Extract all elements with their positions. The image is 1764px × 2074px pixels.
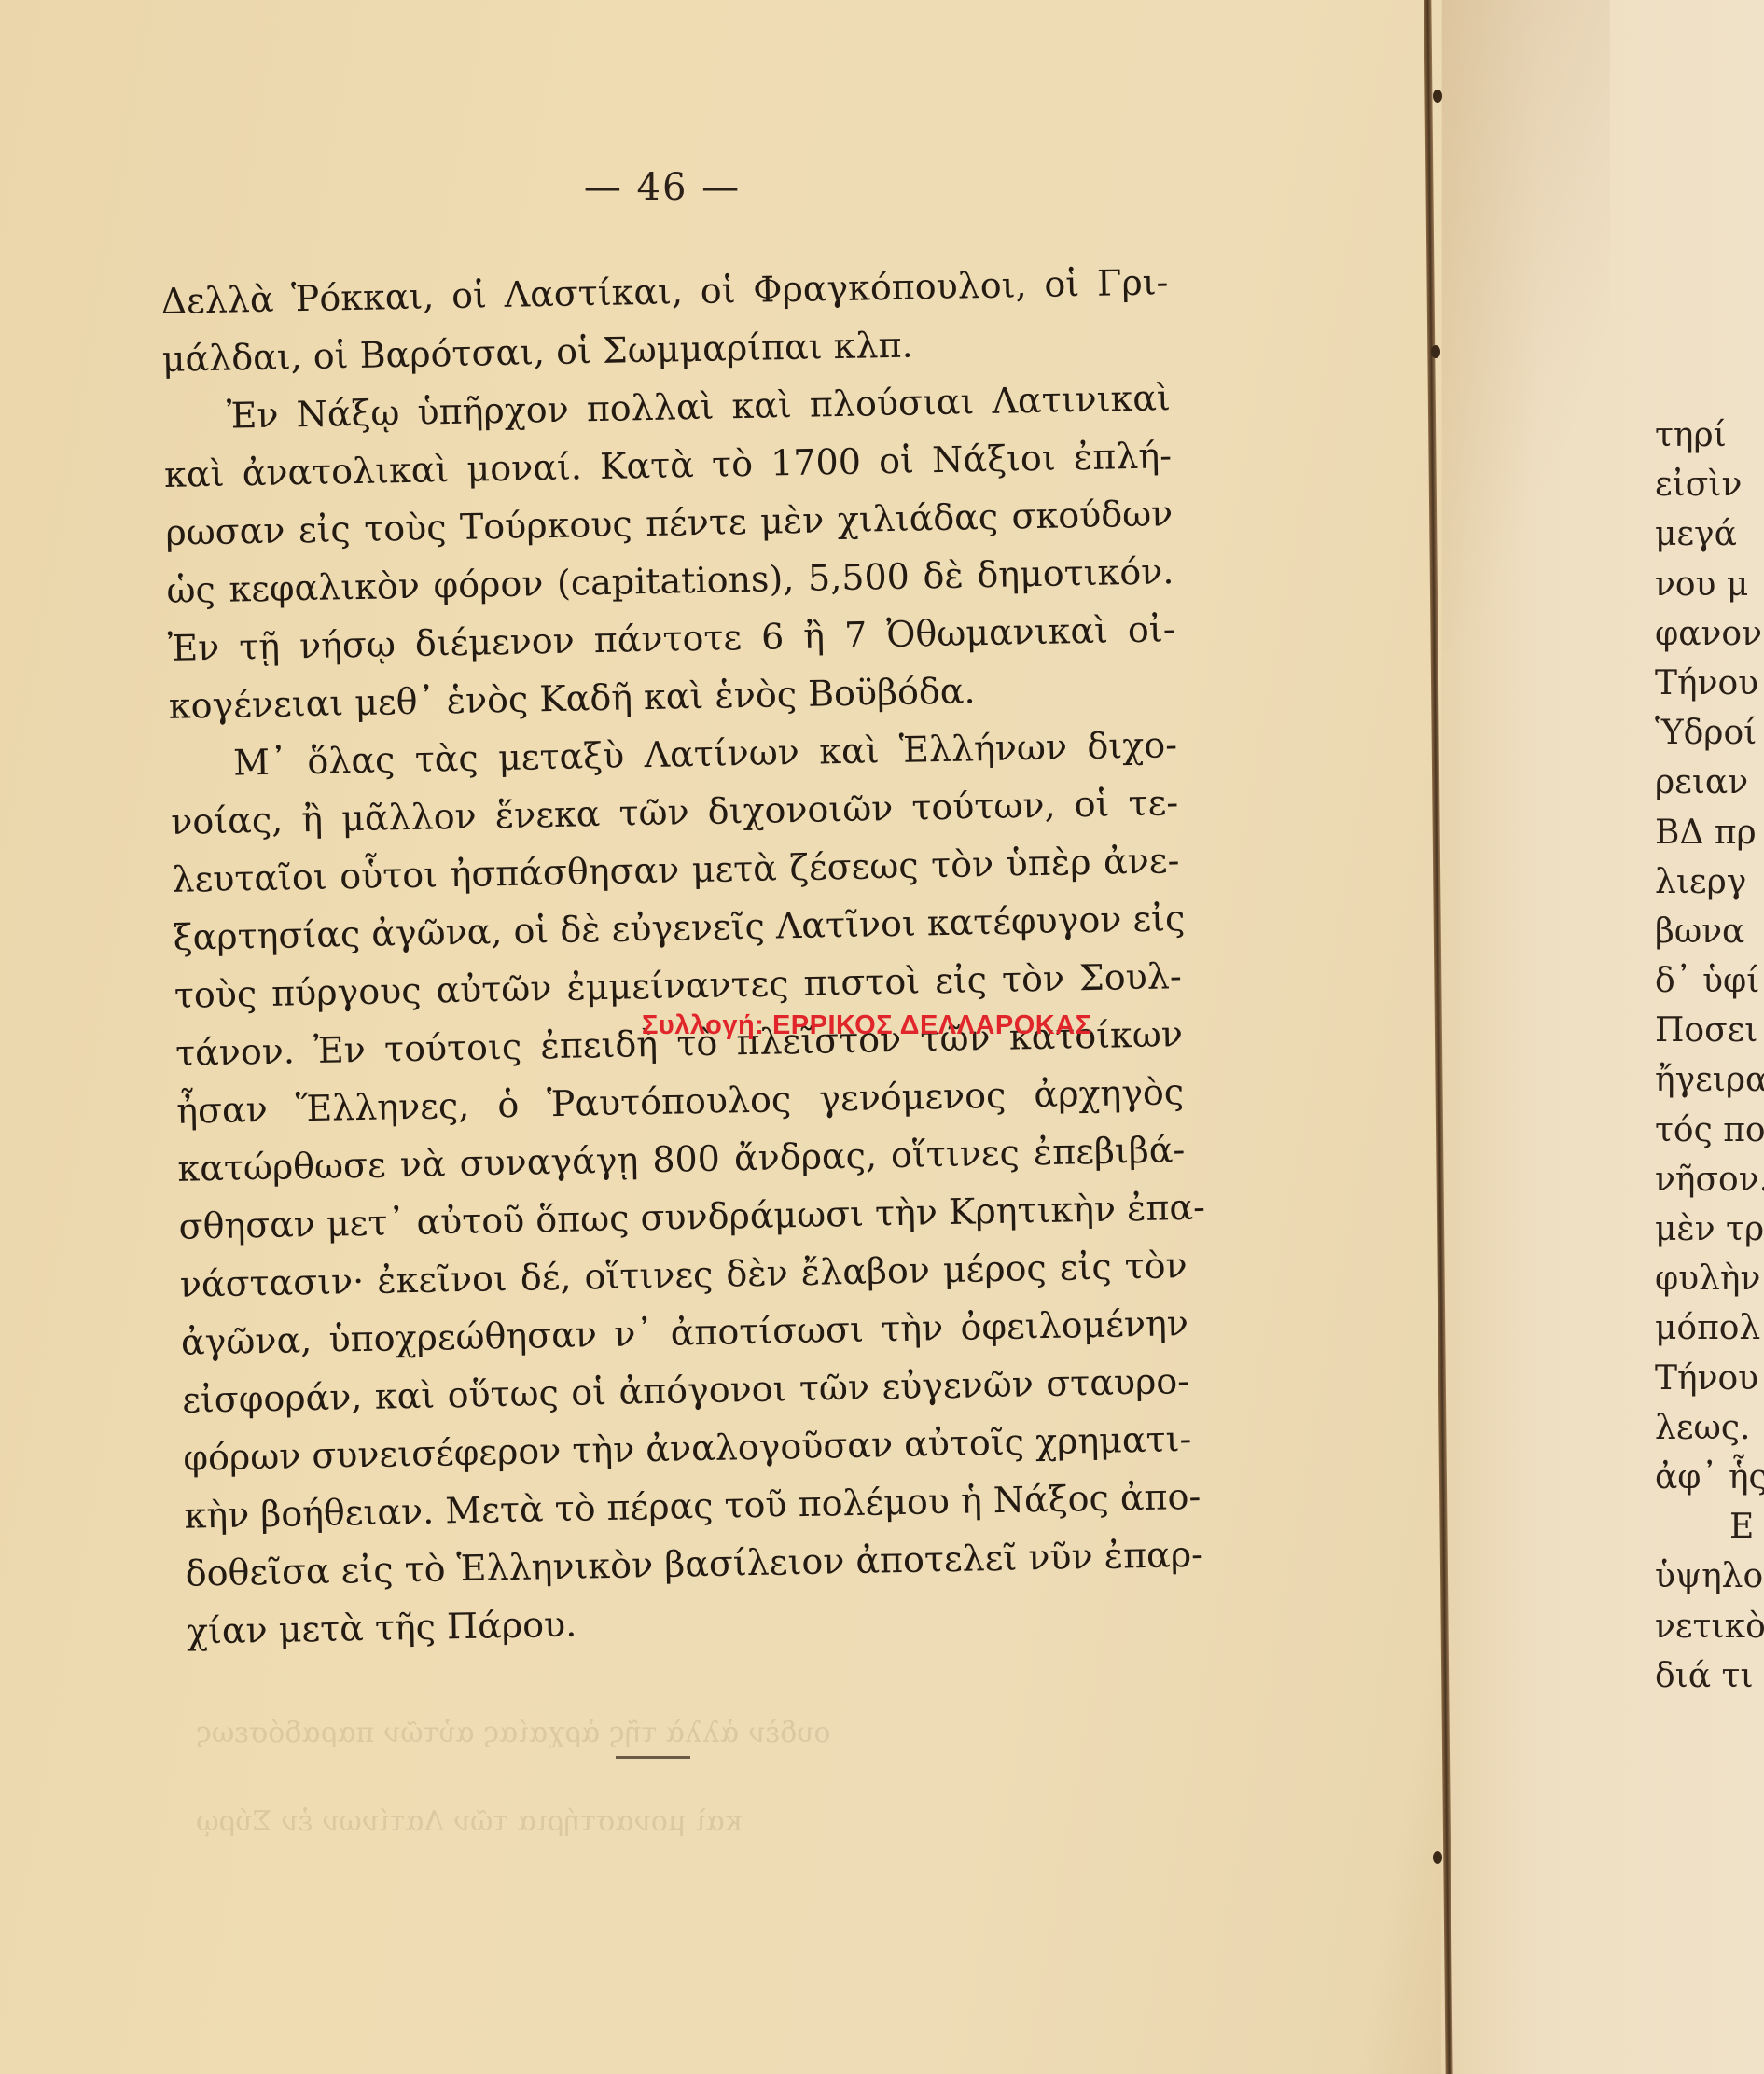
text-line: φανον [1655,609,1764,659]
text-line: Ὑδροί [1655,708,1764,758]
binding-thread-knot [1433,90,1442,103]
text-line: φυλὴν [1655,1254,1764,1303]
text-line: βωνα [1655,907,1764,956]
text-line: λεως. [1655,1403,1764,1453]
text-line: μεγά [1655,509,1764,559]
text-line: εἰσὶν [1655,460,1764,509]
text-line: ρειαν [1655,758,1764,807]
text-line: τός πο [1655,1106,1764,1155]
text-line: ἀφ᾽ ἧς [1655,1453,1764,1502]
text-line: Τήνου [1655,1354,1764,1403]
text-line: ΒΔ πρ [1655,808,1764,857]
book-spread: ουδὲν ἀλλὰ τῆς ἀρχαίας αὐτῶν παραδόσεως … [0,0,1764,2074]
text-line: τηρί [1655,411,1764,460]
text-line: νῆσον. [1655,1155,1764,1204]
binding-thread-knot [1433,1851,1442,1864]
collection-watermark: Συλλογή: ΕΡΡΙΚΟΣ ΔΕΛΛΑΡΟΚΑΣ [642,1010,1092,1041]
page-number: — 46 — [550,166,774,209]
text-line: νου μ [1655,560,1764,609]
text-line: δ᾽ ὑφί [1655,956,1764,1006]
text-line: μόπολ [1655,1303,1764,1353]
text-line: ἤγειρα [1655,1055,1764,1105]
right-page-text: τηρί εἰσὶν μεγά νου μ φανον Τήνου Ὑδροί … [1655,411,1764,1701]
text-line: Τήνου [1655,659,1764,708]
binding-thread-knot [1431,345,1440,358]
text-line: λιεργ [1655,857,1764,907]
text-line: νετικὸ [1655,1602,1764,1651]
section-end-rule [616,1756,690,1759]
text-line: Ε [1655,1502,1764,1552]
text-line: ὑψηλο [1655,1552,1764,1601]
bleed-through-text: καὶ μοναστήρια τῶν Λατίνων ἐν Σύρῳ [196,1805,743,1838]
bleed-through-text: ουδὲν ἀλλὰ τῆς ἀρχαίας αὐτῶν παραδόσεως [196,1717,831,1749]
text-line: διά τι [1655,1651,1764,1701]
text-line: μὲν τρ [1655,1204,1764,1254]
text-line: Ποσει [1655,1006,1764,1055]
right-page-text-clip: τηρί εἰσὶν μεγά νου μ φανον Τήνου Ὑδροί … [1442,0,1764,2074]
body-text: Δελλὰ Ῥόκκαι, οἱ Λαστίκαι, οἱ Φραγκόπουλ… [160,253,1194,1660]
